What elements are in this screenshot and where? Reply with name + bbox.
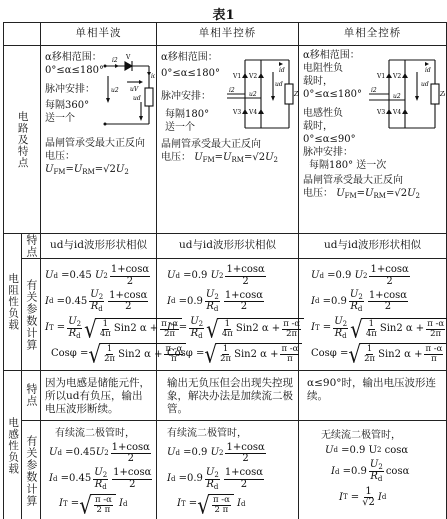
label-v2: V2	[248, 73, 257, 80]
voltage-value: 电压： UFM=URM=√2U2	[45, 150, 152, 177]
inductive-calc-full-control: 无续流二极管时， Ud =0.9 U2 cosα Id =0.9 U2Rd co…	[299, 420, 447, 519]
header-row: 单相半波 单相半控桥 单相全控桥	[4, 23, 447, 46]
table-title: 表1	[0, 4, 447, 23]
resistive-calc-half-wave: Ud =0.45 U2 1+cosα2 Id =0.45 U2Rd 1+cosα…	[41, 259, 157, 371]
ud-formula: Ud =0.9 U2 1+cosα2	[311, 265, 442, 287]
half-control-bridge-circuit-cell: α移相范围： 0°≤α≤180° 脉冲安排： 每隔180° 送一个 晶闸管承受最…	[157, 46, 299, 234]
row-label-resistive-load: 电阻性负载	[4, 234, 22, 371]
full-control-bridge-circuit-diagram: V1 V2 V3 V4 i2 u2 ud id Zd	[369, 54, 445, 134]
ud-formula: Ud =0.9 U2 1+cosα2	[167, 265, 294, 287]
it-formula: IT = U2Rd √14πSin2 α +π -α2π	[167, 317, 294, 341]
label-i2: i2	[112, 57, 118, 64]
pulse-value: 每隔180° 送一次	[303, 159, 442, 172]
label-v4: V4	[392, 109, 401, 116]
inductive-feature-row: 电感性负载 特点 因为电感是储能元件，所以ud有负压，输出电压波形断续。 输出无…	[4, 371, 447, 420]
id-formula: Id =0.9 U2Rd 1+cosα2	[311, 290, 442, 314]
row-label-calc: 有关参数计算	[22, 420, 41, 519]
label-u2: u2	[393, 93, 401, 100]
header-corner	[4, 23, 41, 46]
row-label-feature: 特点	[22, 234, 41, 259]
label-v4: V4	[248, 109, 257, 116]
resistive-feature-half-control: ud与id波形形状相似	[157, 234, 299, 259]
label-i2: i2	[229, 87, 235, 94]
cos-phi-formula: Cosφ = √12πSin2 α +π -απ	[311, 343, 442, 364]
label-zd: Zd	[439, 91, 445, 98]
label-i2: i2	[371, 87, 377, 94]
inductive-feature-half-control: 输出无负压但会出现失控现象，解决办法是加续流二极管。	[157, 371, 299, 420]
calc-heading: 有续流二极管时，	[167, 427, 294, 440]
inductive-range: 0°≤α≤90°	[303, 133, 442, 146]
label-ud: ud	[133, 95, 141, 102]
label-id: id	[425, 67, 431, 74]
label-ud: ud	[275, 81, 283, 88]
id-formula: Id =0.45 U2Rd 1+cosα2	[49, 468, 152, 492]
resistive-feature-row: 电阻性负载 特点 ud与id波形形状相似 ud与id波形形状相似 ud与id波形…	[4, 234, 447, 259]
label-ud: ud	[421, 81, 429, 88]
resistive-calc-row: 有关参数计算 Ud =0.45 U2 1+cosα2 Id =0.45 U2Rd…	[4, 259, 447, 371]
full-control-bridge-circuit-cell: α移相范围： 电阻性负 载时， 0°≤α≤180° 电感性负 载时， 0°≤α≤…	[299, 46, 447, 234]
resistive-feature-full-control: ud与id波形形状相似	[299, 234, 447, 259]
voltage-value: 电压： UFM=URM=√2U2	[161, 151, 294, 165]
half-control-bridge-circuit-diagram: V1 V2 V3 V4 i2 u2 ud id Zd	[227, 54, 299, 134]
voltage-label: 晶闸管承受最大正反向	[303, 174, 442, 187]
rectifier-comparison-table: 单相半波 单相半控桥 单相全控桥 电路及特点 α移相范围： 0°≤α≤180° …	[3, 22, 447, 519]
inductive-feature-full-control: α≤90°时，输出电压波形连续。	[299, 371, 447, 420]
calc-heading: 无续流二极管时，	[321, 429, 442, 442]
label-v2: V2	[392, 73, 401, 80]
header-half-wave: 单相半波	[41, 23, 157, 46]
id-formula: Id =0.9 U2Rd 1+cosα2	[167, 468, 294, 492]
row-label-calc: 有关参数计算	[22, 259, 41, 371]
voltage-label: 晶闸管承受最大正反向	[161, 138, 294, 151]
label-id: id	[151, 73, 155, 80]
resistive-calc-half-control: Ud =0.9 U2 1+cosα2 Id =0.9 U2Rd 1+cosα2 …	[157, 259, 299, 371]
label-v1: V1	[376, 73, 385, 80]
cos-phi-formula: Cosφ = √12πSin2 α +π -απ	[167, 343, 294, 364]
id-formula: Id =0.9 U2Rd 1+cosα2	[167, 290, 294, 314]
ud-formula: Ud =0.9 U2 1+cosα2	[167, 443, 294, 465]
ud-formula: Ud =0.9 U2 cosα	[321, 445, 442, 458]
id-formula: Id =0.9 U2Rd cosα	[321, 460, 442, 484]
it-formula: IT = U2Rd √14πSin2 α +π -α2π	[45, 317, 152, 341]
inductive-calc-half-wave: 有续流二极管时， Ud =0.45U2 1+cosα2 Id =0.45 U2R…	[41, 420, 157, 519]
label-v3: V3	[232, 109, 241, 116]
calc-heading: 有续流二极管时，	[49, 427, 152, 440]
ud-formula: Ud =0.45 U2 1+cosα2	[45, 265, 152, 287]
voltage-value: 电压： UFM=URM=√2U2	[303, 187, 442, 201]
label-v: V	[125, 54, 131, 61]
id-formula: Id =0.45 U2Rd 1+cosα2	[45, 290, 152, 314]
inductive-feature-half-wave: 因为电感是储能元件，所以ud有负压，输出电压波形断续。	[41, 371, 157, 420]
inductive-calc-row: 有关参数计算 有续流二极管时， Ud =0.45U2 1+cosα2 Id =0…	[4, 420, 447, 519]
row-label-inductive-load: 电感性负载	[4, 371, 22, 519]
it-formula: IT = √π -α2 π Id	[49, 494, 152, 515]
ud-formula: Ud =0.45U2 1+cosα2	[49, 443, 152, 465]
header-half-control-bridge: 单相半控桥	[157, 23, 299, 46]
resistive-feature-half-wave: ud与id波形形状相似	[41, 234, 157, 259]
row-label-feature: 特点	[22, 371, 41, 420]
header-full-control-bridge: 单相全控桥	[299, 23, 447, 46]
label-v1: V1	[232, 73, 241, 80]
label-u2: u2	[111, 87, 119, 94]
label-uv: uV	[130, 86, 139, 93]
it-formula: IT = √π -α2 π Id	[167, 494, 294, 515]
pulse-label: 脉冲安排：	[303, 146, 442, 159]
half-wave-circuit-diagram: i2 V uV u2 ud id	[103, 52, 155, 130]
label-v3: V3	[376, 109, 385, 116]
row-label-circuit: 电路及特点	[4, 46, 41, 234]
voltage-label: 晶闸管承受最大正反向	[45, 137, 152, 150]
it-formula: IT = U2Rd √14πSin2 α +π -α2π	[311, 317, 442, 341]
inductive-calc-half-control: 有续流二极管时， Ud =0.9 U2 1+cosα2 Id =0.9 U2Rd…	[157, 420, 299, 519]
it-formula: IT = 1√2 Id	[321, 487, 442, 509]
resistive-calc-full-control: Ud =0.9 U2 1+cosα2 Id =0.9 U2Rd 1+cosα2 …	[299, 259, 447, 371]
label-u2: u2	[249, 91, 257, 98]
cos-phi-formula: Cosφ = √12πSin2 α +π -απ	[45, 343, 152, 364]
circuit-row: 电路及特点 α移相范围： 0°≤α≤180° 脉冲安排： 每隔360° 送一个 …	[4, 46, 447, 234]
label-id: id	[279, 67, 285, 74]
half-wave-circuit-cell: α移相范围： 0°≤α≤180° 脉冲安排： 每隔360° 送一个 晶闸管承受最…	[41, 46, 157, 234]
